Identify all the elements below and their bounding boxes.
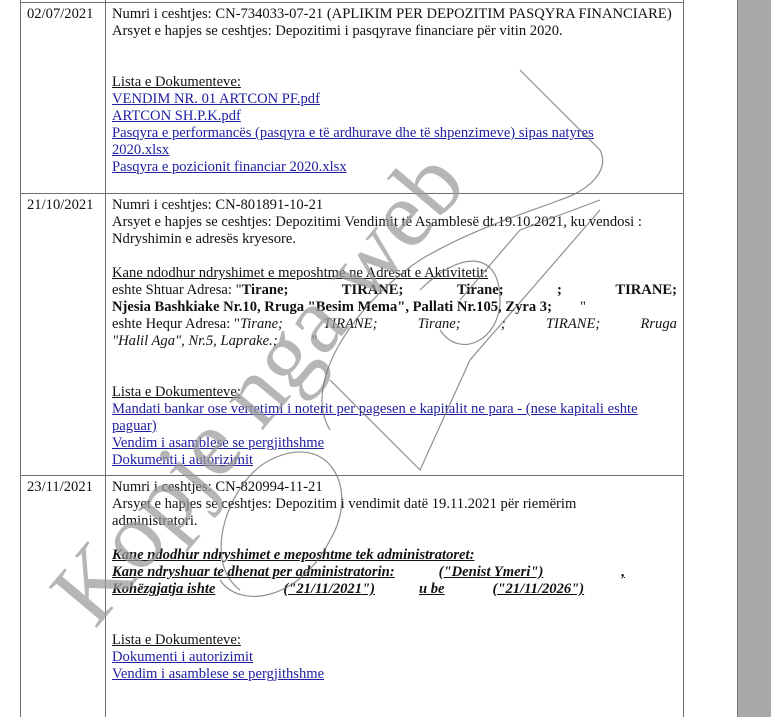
duration-from: ("21/11/2021") [283,581,375,597]
case-number: Numri i ceshtjes: CN-820994-11-21 [112,479,677,496]
documents-list-label: Lista e Dokumenteve: [112,384,677,401]
address-changes-label: Kane ndodhur ndryshimet e meposhtme ne A… [112,265,677,282]
case-reason: Arsyet e hapjes se ceshtjes: Depozitimi … [112,23,677,40]
case-date: 23/11/2021 [21,476,106,717]
document-link[interactable]: Vendim i asamblese se pergjithshme [112,435,677,452]
table-row: 21/10/2021 Numri i ceshtjes: CN-801891-1… [21,194,684,476]
case-details: Numri i ceshtjes: CN-801891-10-21 Arsyet… [106,194,684,476]
window-scroll-gutter [737,0,771,717]
case-reason: Arsyet e hapjes se ceshtjes: Depozitim i… [112,496,677,530]
document-link[interactable]: Vendim i asamblese se pergjithshme [112,666,677,683]
document-link[interactable]: Mandati bankar ose vertetimi i noterit p… [112,401,677,435]
table-row: 23/11/2021 Numri i ceshtjes: CN-820994-1… [21,476,684,717]
table-row: 02/07/2021 Numri i ceshtjes: CN-734033-0… [21,3,684,194]
added-address: eshte Shtuar Adresa: "Tirane; TIRANE; Ti… [112,282,677,299]
removed-address-line2: "Halil Aga", Nr.5, Laprake.; [112,333,278,349]
removed-address-label: eshte Hequr Adresa: " [112,316,240,332]
case-details: Numri i ceshtjes: CN-734033-07-21 (APLIK… [106,3,684,194]
document-link[interactable]: Dokumenti i autorizimit [112,649,677,666]
case-number: Numri i ceshtjes: CN-801891-10-21 [112,197,677,214]
case-history-table: 02/07/2021 Numri i ceshtjes: CN-734033-0… [20,0,684,717]
case-date: 02/07/2021 [21,3,106,194]
document-link[interactable]: VENDIM NR. 01 ARTCON PF.pdf [112,91,677,108]
added-address-line2: Njesia Bashkiake Nr.10, Rruga "Besim Mem… [112,299,552,315]
admin-name: ("Denist Ymeri") [439,564,544,580]
case-details: Numri i ceshtjes: CN-820994-11-21 Arsyet… [106,476,684,717]
document-link[interactable]: ARTCON SH.P.K.pdf [112,108,677,125]
case-date: 21/10/2021 [21,194,106,476]
removed-address: eshte Hequr Adresa: "Tirane; TIRANE; Tir… [112,316,677,333]
duration-to: ("21/11/2026") [493,581,585,597]
admin-duration: Kohëzgjatja ishte("21/11/2021")u be("21/… [112,581,677,598]
case-reason: Arsyet e hapjes se ceshtjes: Depozitimi … [112,214,677,248]
document-link[interactable]: Pasqyra e performancës (pasqyra e të ard… [112,125,677,159]
added-address-label: eshte Shtuar Adresa: " [112,282,242,298]
admin-changed: Kane ndryshuar te dhenat per administrat… [112,564,677,581]
case-number: Numri i ceshtjes: CN-734033-07-21 (APLIK… [112,6,677,23]
admin-changes-label: Kane ndodhur ndryshimet e meposhtme tek … [112,547,677,564]
documents-list-label: Lista e Dokumenteve: [112,632,677,649]
document-link[interactable]: Pasqyra e pozicionit financiar 2020.xlsx [112,159,677,176]
document-page: 02/07/2021 Numri i ceshtjes: CN-734033-0… [0,0,737,717]
document-link[interactable]: Dokumenti i autorizimit [112,452,677,469]
documents-list-label: Lista e Dokumenteve: [112,74,677,91]
